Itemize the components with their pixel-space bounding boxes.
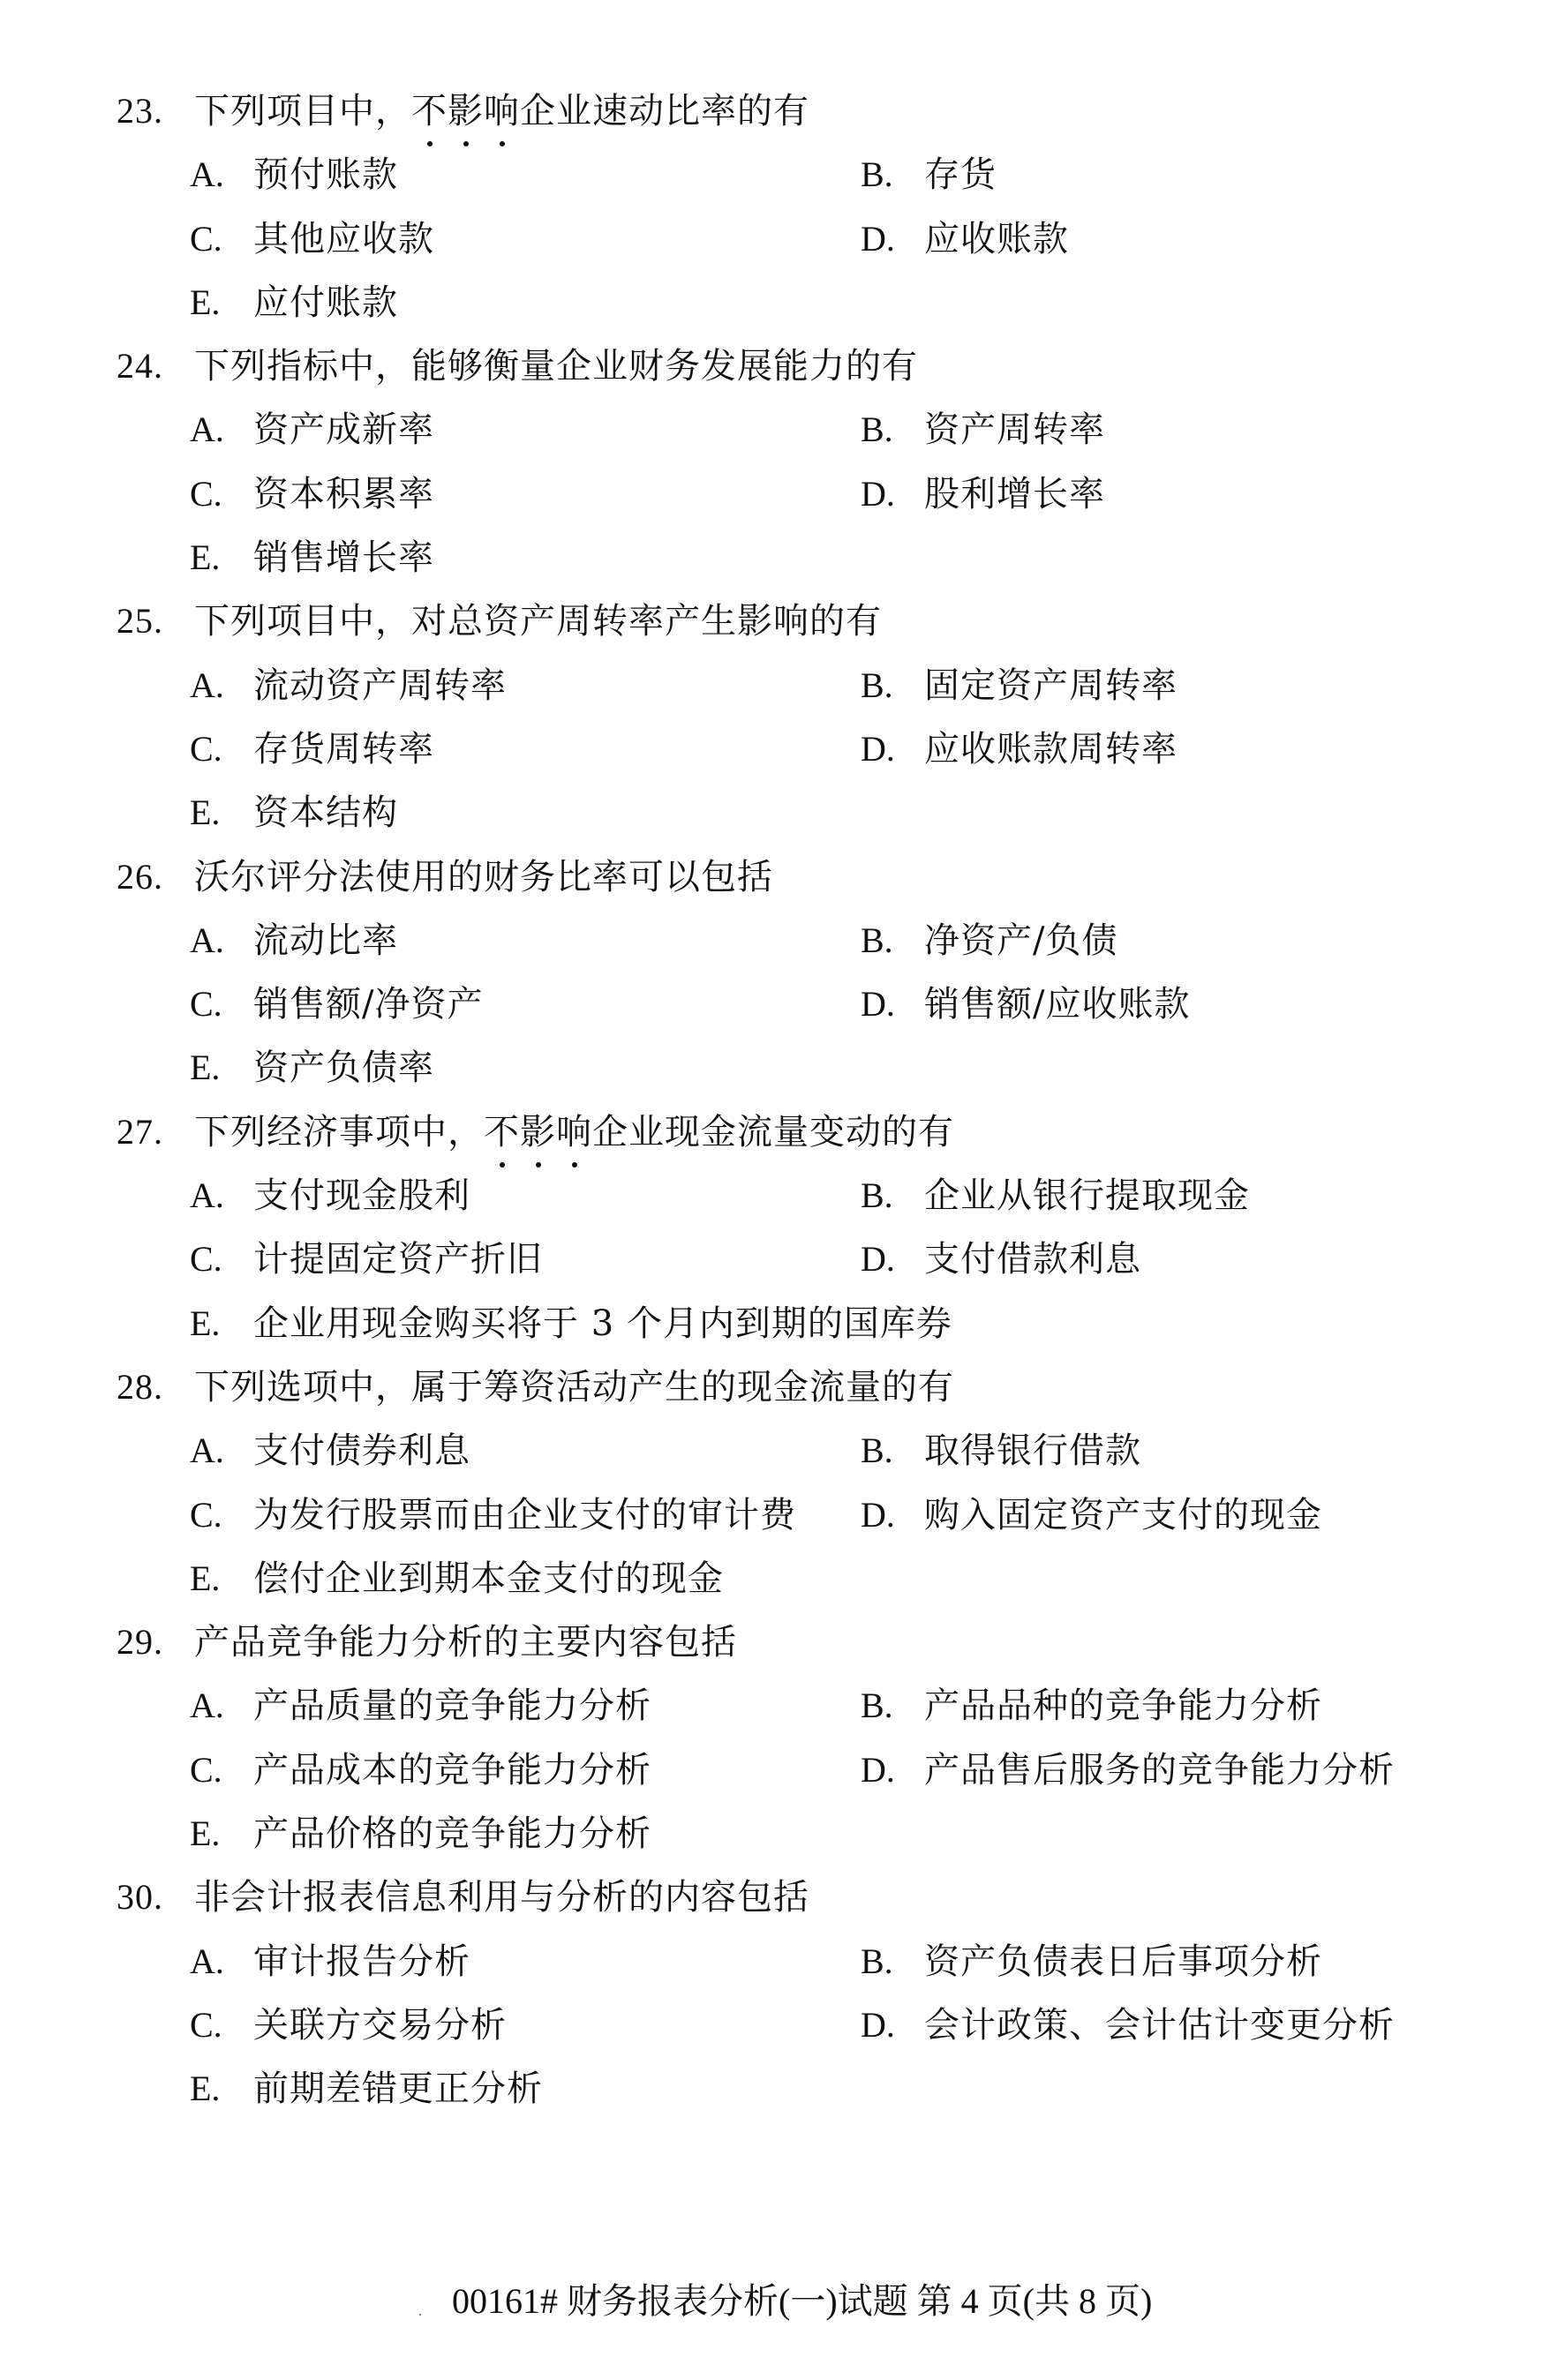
question-text: 沃尔评分法使用的财务比率可以包括 — [194, 851, 773, 904]
option-c: C.计提固定资产折旧 — [190, 1233, 543, 1286]
option-label: E. — [190, 531, 253, 584]
option-text: 关联方交易分析 — [253, 2005, 507, 2046]
option-label: B. — [861, 1679, 924, 1732]
option-a: A.产品质量的竞争能力分析 — [190, 1679, 651, 1732]
option-label: E. — [190, 786, 253, 839]
option-label: E. — [190, 276, 253, 329]
option-text: 支付借款利息 — [924, 1239, 1141, 1280]
option-label: A. — [190, 1679, 253, 1732]
option-text: 偿付企业到期本金支付的现金 — [253, 1558, 724, 1599]
option-text: 资产负债表日后事项分析 — [924, 1941, 1322, 1982]
option-c: C.关联方交易分析 — [190, 1999, 507, 2052]
question-text: 产品竞争能力分析的主要内容包括 — [194, 1616, 737, 1669]
question-27: 27. 下列经济事项中，不影响企业现金流量变动的有 A.支付现金股利 B.企业从… — [0, 1106, 1550, 1361]
option-label: E. — [190, 2062, 253, 2115]
option-text: 产品品种的竞争能力分析 — [924, 1686, 1322, 1726]
question-number: 28. — [117, 1361, 163, 1414]
option-text: 流动资产周转率 — [253, 665, 507, 706]
option-text: 销售额/净资产 — [253, 984, 483, 1025]
question-24: 24. 下列指标中，能够衡量企业财务发展能力的有 A.资产成新率 B.资产周转率… — [0, 340, 1550, 595]
scan-speck — [419, 2314, 421, 2316]
options-row: E.销售增长率 — [0, 531, 1550, 595]
option-e: E.销售增长率 — [190, 531, 434, 584]
option-text: 资产周转率 — [924, 409, 1105, 450]
option-text: 预付账款 — [253, 154, 398, 195]
emphasis-char: 不 — [484, 1106, 520, 1159]
question-text: 下列项目中，对总资产周转率产生影响的有 — [194, 595, 882, 648]
question-number: 27. — [117, 1106, 163, 1159]
option-text: 销售增长率 — [253, 537, 434, 578]
option-label: B. — [861, 1169, 924, 1222]
option-text: 资本结构 — [253, 792, 398, 833]
option-e: E.资本结构 — [190, 786, 398, 839]
option-text: 为发行股票而由企业支付的审计费 — [253, 1495, 796, 1535]
option-label: C. — [190, 1999, 253, 2052]
option-label: B. — [861, 148, 924, 201]
option-label: C. — [190, 468, 253, 521]
option-text: 股利增长率 — [924, 474, 1105, 514]
question-number: 23. — [117, 85, 163, 138]
option-text: 企业从银行提取现金 — [924, 1175, 1250, 1216]
option-e: E.企业用现金购买将于 3 个月内到期的国库券 — [190, 1297, 952, 1350]
option-text: 审计报告分析 — [253, 1941, 470, 1982]
question-stem: 24. 下列指标中，能够衡量企业财务发展能力的有 — [0, 340, 1550, 403]
emphasis-char: 响 — [556, 1106, 592, 1159]
exam-page: 23. 下列项目中，不影响企业速动比率的有 A.预付账款 B.存货 C.其他应收… — [0, 0, 1550, 2380]
question-stem: 27. 下列经济事项中，不影响企业现金流量变动的有 — [0, 1106, 1550, 1169]
option-e: E.产品价格的竞争能力分析 — [190, 1807, 651, 1860]
question-number: 30. — [117, 1871, 163, 1924]
options-row: E.资产负债率 — [0, 1041, 1550, 1105]
question-number: 24. — [117, 340, 163, 393]
option-d: D.股利增长率 — [861, 468, 1105, 521]
option-e: E.资产负债率 — [190, 1041, 434, 1094]
question-stem: 28. 下列选项中，属于筹资活动产生的现金流量的有 — [0, 1361, 1550, 1424]
option-label: D. — [861, 1999, 924, 2052]
option-d: D.产品售后服务的竞争能力分析 — [861, 1744, 1395, 1797]
option-d: D.销售额/应收账款 — [861, 978, 1190, 1031]
question-number: 26. — [117, 851, 163, 904]
option-text: 产品质量的竞争能力分析 — [253, 1686, 651, 1726]
option-text: 资产负债率 — [253, 1047, 434, 1088]
options-row: A.产品质量的竞争能力分析 B.产品品种的竞争能力分析 — [0, 1679, 1550, 1743]
question-text: 下列经济事项中，不影响企业现金流量变动的有 — [194, 1106, 954, 1159]
question-text: 下列项目中，不影响企业速动比率的有 — [194, 85, 809, 138]
option-label: D. — [861, 978, 924, 1031]
option-text: 支付现金股利 — [253, 1175, 470, 1216]
option-text: 净资产/负债 — [924, 920, 1117, 961]
question-25: 25. 下列项目中，对总资产周转率产生影响的有 A.流动资产周转率 B.固定资产… — [0, 595, 1550, 850]
options-row: A.审计报告分析 B.资产负债表日后事项分析 — [0, 1935, 1550, 1999]
option-a: A.流动资产周转率 — [190, 659, 507, 712]
option-text: 流动比率 — [253, 920, 398, 961]
options-row: E.前期差错更正分析 — [0, 2062, 1550, 2126]
option-c: C.资本积累率 — [190, 468, 434, 521]
option-b: B.净资产/负债 — [861, 914, 1117, 967]
option-label: A. — [190, 403, 253, 456]
option-c: C.销售额/净资产 — [190, 978, 483, 1031]
question-23: 23. 下列项目中，不影响企业速动比率的有 A.预付账款 B.存货 C.其他应收… — [0, 85, 1550, 340]
options-row: A.支付债券利息 B.取得银行借款 — [0, 1424, 1550, 1488]
option-b: B.产品品种的竞争能力分析 — [861, 1679, 1322, 1732]
question-text-before: 下列项目中， — [194, 91, 411, 131]
option-c: C.存货周转率 — [190, 723, 434, 776]
option-text: 产品成本的竞争能力分析 — [253, 1750, 651, 1791]
question-number: 29. — [117, 1616, 163, 1669]
option-c: C.产品成本的竞争能力分析 — [190, 1744, 651, 1797]
question-text-after: 企业现金流量变动的有 — [592, 1112, 954, 1152]
option-b: B.固定资产周转率 — [861, 659, 1178, 712]
option-label: D. — [861, 1489, 924, 1542]
option-label: E. — [190, 1807, 253, 1860]
option-b: B.取得银行借款 — [861, 1424, 1141, 1477]
option-text: 前期差错更正分析 — [253, 2068, 543, 2109]
option-a: A.支付债券利息 — [190, 1424, 470, 1477]
options-row: C.资本积累率 D.股利增长率 — [0, 468, 1550, 531]
option-text: 会计政策、会计估计变更分析 — [924, 2005, 1395, 2046]
option-text: 购入固定资产支付的现金 — [924, 1495, 1322, 1535]
option-text: 取得银行借款 — [924, 1430, 1141, 1471]
option-text: 应收账款 — [924, 219, 1069, 259]
options-row: A.支付现金股利 B.企业从银行提取现金 — [0, 1169, 1550, 1233]
options-row: E.产品价格的竞争能力分析 — [0, 1807, 1550, 1871]
option-d: D.应收账款 — [861, 213, 1069, 266]
options-row: E.资本结构 — [0, 786, 1550, 850]
options-row: A.资产成新率 B.资产周转率 — [0, 403, 1550, 467]
option-c: C.为发行股票而由企业支付的审计费 — [190, 1489, 796, 1542]
option-label: A. — [190, 148, 253, 201]
option-a: A.审计报告分析 — [190, 1935, 470, 1988]
option-label: D. — [861, 1744, 924, 1797]
option-text: 存货周转率 — [253, 729, 434, 770]
question-26: 26. 沃尔评分法使用的财务比率可以包括 A.流动比率 B.净资产/负债 C.销… — [0, 851, 1550, 1106]
question-text: 下列选项中，属于筹资活动产生的现金流量的有 — [194, 1361, 954, 1414]
question-stem: 23. 下列项目中，不影响企业速动比率的有 — [0, 85, 1550, 148]
option-label: B. — [861, 914, 924, 967]
option-text: 企业用现金购买将于 3 个月内到期的国库券 — [253, 1303, 952, 1344]
option-label: E. — [190, 1297, 253, 1350]
option-label: A. — [190, 1935, 253, 1988]
question-stem: 30. 非会计报表信息利用与分析的内容包括 — [0, 1871, 1550, 1934]
options-row: C.产品成本的竞争能力分析 D.产品售后服务的竞争能力分析 — [0, 1744, 1550, 1807]
option-label: E. — [190, 1041, 253, 1094]
question-number: 25. — [117, 595, 163, 648]
option-label: D. — [861, 213, 924, 266]
question-text: 非会计报表信息利用与分析的内容包括 — [194, 1871, 809, 1924]
option-text: 其他应收款 — [253, 219, 434, 259]
option-label: D. — [861, 723, 924, 776]
question-list: 23. 下列项目中，不影响企业速动比率的有 A.预付账款 B.存货 C.其他应收… — [0, 85, 1550, 2127]
question-stem: 29. 产品竞争能力分析的主要内容包括 — [0, 1616, 1550, 1679]
option-b: B.企业从银行提取现金 — [861, 1169, 1250, 1222]
option-d: D.支付借款利息 — [861, 1233, 1141, 1286]
option-e: E.前期差错更正分析 — [190, 2062, 543, 2115]
option-label: B. — [861, 403, 924, 456]
question-stem: 25. 下列项目中，对总资产周转率产生影响的有 — [0, 595, 1550, 658]
option-e: E.偿付企业到期本金支付的现金 — [190, 1552, 724, 1605]
emphasis-char: 响 — [484, 85, 520, 138]
emphasized-text: 不影响 — [411, 91, 520, 131]
options-row: A.流动比率 B.净资产/负债 — [0, 914, 1550, 978]
options-row: E.企业用现金购买将于 3 个月内到期的国库券 — [0, 1297, 1550, 1361]
question-28: 28. 下列选项中，属于筹资活动产生的现金流量的有 A.支付债券利息 B.取得银… — [0, 1361, 1550, 1616]
option-a: A.预付账款 — [190, 148, 398, 201]
question-text-after: 企业速动比率的有 — [520, 91, 809, 131]
option-a: A.资产成新率 — [190, 403, 434, 456]
option-text: 应收账款周转率 — [924, 729, 1178, 770]
option-label: B. — [861, 1935, 924, 1988]
option-label: B. — [861, 1424, 924, 1477]
options-row: C.其他应收款 D.应收账款 — [0, 213, 1550, 276]
option-label: C. — [190, 1489, 253, 1542]
option-text: 销售额/应收账款 — [924, 984, 1190, 1025]
question-text: 下列指标中，能够衡量企业财务发展能力的有 — [194, 340, 918, 393]
question-29: 29. 产品竞争能力分析的主要内容包括 A.产品质量的竞争能力分析 B.产品品种… — [0, 1616, 1550, 1871]
option-a: A.流动比率 — [190, 914, 398, 967]
emphasis-char: 影 — [520, 1106, 556, 1159]
option-label: C. — [190, 1744, 253, 1797]
option-b: B.资产周转率 — [861, 403, 1105, 456]
option-e: E.应付账款 — [190, 276, 398, 329]
option-text: 计提固定资产折旧 — [253, 1239, 543, 1280]
emphasis-char: 不 — [411, 85, 448, 138]
option-label: A. — [190, 1169, 253, 1222]
option-text: 支付债券利息 — [253, 1430, 470, 1471]
question-stem: 26. 沃尔评分法使用的财务比率可以包括 — [0, 851, 1550, 914]
option-label: D. — [861, 468, 924, 521]
option-d: D.应收账款周转率 — [861, 723, 1178, 776]
option-label: B. — [861, 659, 924, 712]
options-row: A.预付账款 B.存货 — [0, 148, 1550, 212]
option-label: C. — [190, 213, 253, 266]
option-label: E. — [190, 1552, 253, 1605]
option-text: 固定资产周转率 — [924, 665, 1178, 706]
footer-text: 00161# 财务报表分析(一)试题 第 4 页(共 8 页) — [452, 2277, 1152, 2326]
option-d: D.购入固定资产支付的现金 — [861, 1489, 1322, 1542]
options-row: A.流动资产周转率 B.固定资产周转率 — [0, 659, 1550, 723]
option-text: 资产成新率 — [253, 409, 434, 450]
option-label: C. — [190, 1233, 253, 1286]
option-label: A. — [190, 1424, 253, 1477]
option-label: C. — [190, 978, 253, 1031]
option-b: B.资产负债表日后事项分析 — [861, 1935, 1322, 1988]
option-label: A. — [190, 914, 253, 967]
options-row: E.偿付企业到期本金支付的现金 — [0, 1552, 1550, 1616]
option-text: 存货 — [924, 154, 997, 195]
option-label: A. — [190, 659, 253, 712]
options-row: C.计提固定资产折旧 D.支付借款利息 — [0, 1233, 1550, 1296]
question-text-before: 下列经济事项中， — [194, 1112, 484, 1152]
option-text: 产品价格的竞争能力分析 — [253, 1813, 651, 1854]
options-row: C.销售额/净资产 D.销售额/应收账款 — [0, 978, 1550, 1041]
option-c: C.其他应收款 — [190, 213, 434, 266]
option-text: 资本积累率 — [253, 474, 434, 514]
options-row: C.关联方交易分析 D.会计政策、会计估计变更分析 — [0, 1999, 1550, 2062]
option-d: D.会计政策、会计估计变更分析 — [861, 1999, 1395, 2052]
option-text: 应付账款 — [253, 282, 398, 323]
options-row: C.存货周转率 D.应收账款周转率 — [0, 723, 1550, 786]
question-30: 30. 非会计报表信息利用与分析的内容包括 A.审计报告分析 B.资产负债表日后… — [0, 1871, 1550, 2126]
options-row: C.为发行股票而由企业支付的审计费 D.购入固定资产支付的现金 — [0, 1489, 1550, 1552]
option-b: B.存货 — [861, 148, 997, 201]
option-text: 产品售后服务的竞争能力分析 — [924, 1750, 1395, 1791]
emphasized-text: 不影响 — [484, 1112, 592, 1152]
option-label: D. — [861, 1233, 924, 1286]
option-label: C. — [190, 723, 253, 776]
emphasis-char: 影 — [448, 85, 484, 138]
options-row: E.应付账款 — [0, 276, 1550, 340]
option-a: A.支付现金股利 — [190, 1169, 470, 1222]
